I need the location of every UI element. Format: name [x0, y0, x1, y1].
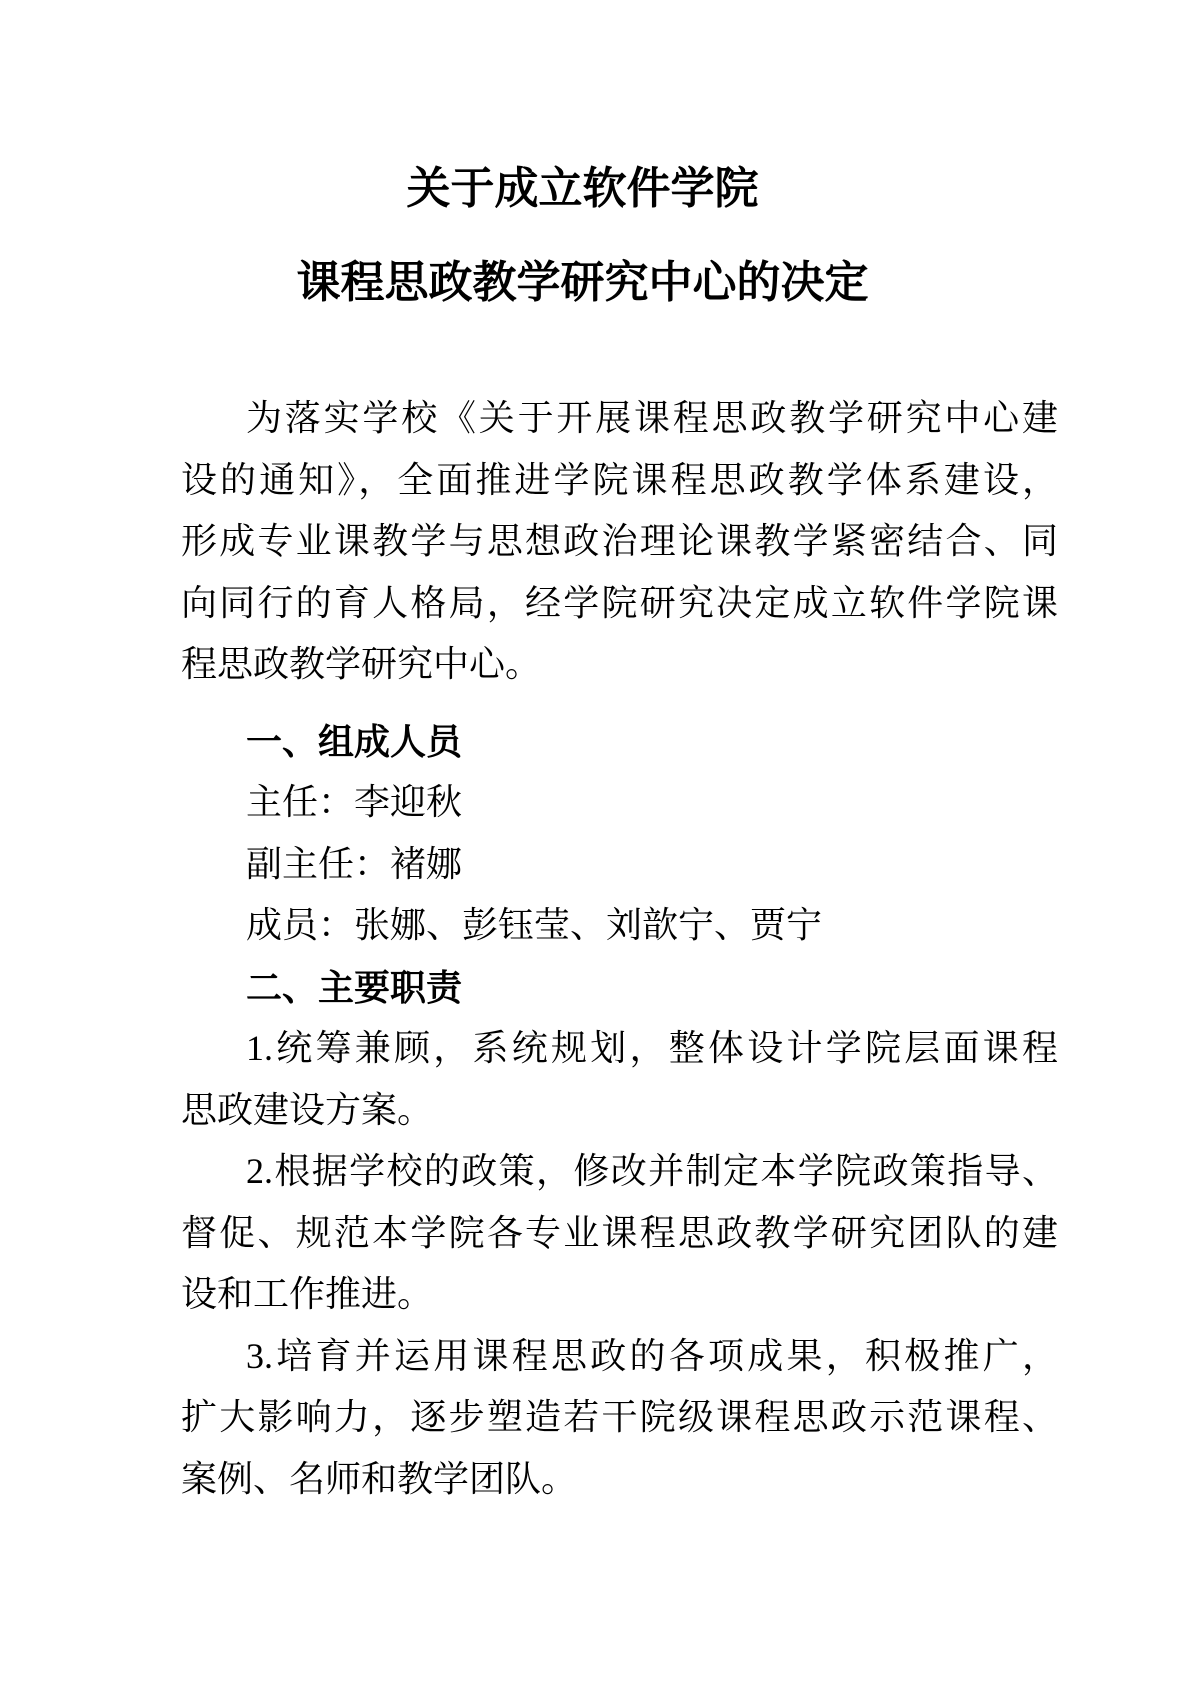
text-line: 主任：李迎秋 — [181, 772, 1058, 834]
title-line-1: 关于成立软件学院 — [150, 142, 1015, 236]
text-line: 成员：张娜、彭钰莹、刘歆宁、贾宁 — [181, 895, 1058, 957]
text-line: 案例、名师和教学团队。 — [181, 1449, 1058, 1511]
text-line: 设的通知》，全面推进学院课程思政教学体系建设， — [181, 450, 1058, 512]
text-line: 形成专业课教学与思想政治理论课教学紧密结合、同 — [181, 511, 1058, 573]
document-body: 为落实学校《关于开展课程思政教学研究中心建设的通知》，全面推进学院课程思政教学体… — [181, 388, 1058, 1510]
document-page: 关于成立软件学院 课程思政教学研究中心的决定 为落实学校《关于开展课程思政教学研… — [0, 0, 1191, 1684]
text-line: 设和工作推进。 — [181, 1264, 1058, 1326]
text-line: 二、主要职责 — [181, 957, 1058, 1019]
text-line: 思政建设方案。 — [181, 1080, 1058, 1142]
text-line: 程思政教学研究中心。 — [181, 634, 1058, 696]
text-line: 1.统筹兼顾，系统规划，整体设计学院层面课程 — [181, 1018, 1058, 1080]
title-line-2: 课程思政教学研究中心的决定 — [150, 236, 1015, 330]
text-line: 3.培育并运用课程思政的各项成果，积极推广， — [181, 1326, 1058, 1388]
text-line: 向同行的育人格局，经学院研究决定成立软件学院课 — [181, 573, 1058, 635]
text-line: 督促、规范本学院各专业课程思政教学研究团队的建 — [181, 1203, 1058, 1265]
text-line: 副主任：褚娜 — [181, 834, 1058, 896]
document-title: 关于成立软件学院 课程思政教学研究中心的决定 — [150, 142, 1015, 330]
text-line: 一、组成人员 — [181, 711, 1058, 773]
text-line: 扩大影响力，逐步塑造若干院级课程思政示范课程、 — [181, 1387, 1058, 1449]
text-line: 2.根据学校的政策，修改并制定本学院政策指导、 — [181, 1141, 1058, 1203]
text-line: 为落实学校《关于开展课程思政教学研究中心建 — [181, 388, 1058, 450]
